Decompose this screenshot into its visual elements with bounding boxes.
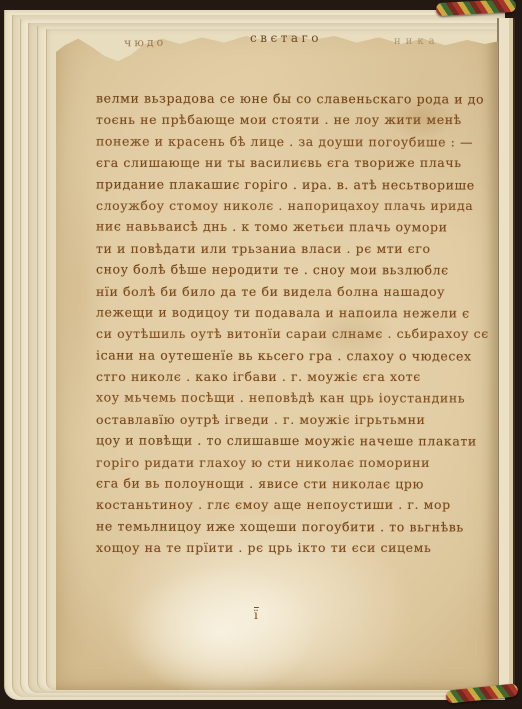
quire-mark: ї: [254, 608, 259, 622]
text-line: понеже и красень бѣ лице . за доуши пого…: [96, 130, 474, 152]
text-line: оставлавїю оутрѣ ігведи . г. моужіє ігрь…: [96, 409, 474, 430]
text-line: придание плакашиє горіго . ира. в. атѣ н…: [96, 173, 474, 195]
parchment-stain: [126, 566, 316, 696]
text-line: єга би вь полоунощи . явисе сти николає …: [96, 473, 474, 495]
text-line: ниє навьваисѣ днь . к томо жетьєи плачь …: [96, 216, 474, 238]
text-line: не темьлницоу иже хощеши погоубити . то …: [96, 515, 474, 537]
text-line: горіго ридати глахоу ю сти николає помор…: [96, 452, 474, 473]
text-block: велми вьзрадова се юне бы со славеньскаг…: [96, 88, 474, 559]
manuscript-photo: чюдо свєтаго ника велми вьзрадова се юне…: [0, 0, 522, 709]
text-line: єга слишающе ни ты василиєвь єга твориже…: [96, 152, 474, 173]
margin-note-center: свєтаго: [250, 31, 322, 45]
margin-note-right: ника: [394, 36, 440, 47]
text-line: велми вьзрадова се юне бы со славеньскаг…: [96, 88, 474, 110]
text-line: тоєнь не прѣбающе мои стояти . не лоу жи…: [96, 109, 474, 130]
text-line: сноу болѣ бѣше неродити те . сноу мои вь…: [96, 259, 474, 281]
margin-note-left: чюдо: [124, 36, 166, 50]
text-line: ісани на оутешенїе вь кьсего гра . слахо…: [96, 344, 474, 366]
text-line: ти и повѣдати или трьзаниа власи . рє мт…: [96, 238, 474, 259]
text-line: цоу и повѣщи . то слишавше моужіє начеше…: [96, 430, 474, 452]
facing-page-edge: [497, 18, 515, 695]
text-line: хоу мьчемь посѣщи . неповѣдѣ кан црь іоу…: [96, 387, 474, 409]
text-line: стго николє . како ігбави . г. моужіє єг…: [96, 366, 474, 387]
text-line: костаньтиноу . глє ємоу аще непоустиши .…: [96, 494, 474, 515]
text-line: хощоу на те прїити . рє црь ікто ти єси …: [96, 537, 474, 558]
text-line: нїи болѣ би било да те би видела болна н…: [96, 281, 474, 302]
text-line: слоужбоу стомоу николє . напорицахоу пла…: [96, 195, 474, 216]
text-line: си оутѣшиль оутѣ витонїи сараи слнамє . …: [96, 323, 474, 344]
text-line: лежещи и водицоу ти подавала и напоила н…: [96, 301, 474, 323]
